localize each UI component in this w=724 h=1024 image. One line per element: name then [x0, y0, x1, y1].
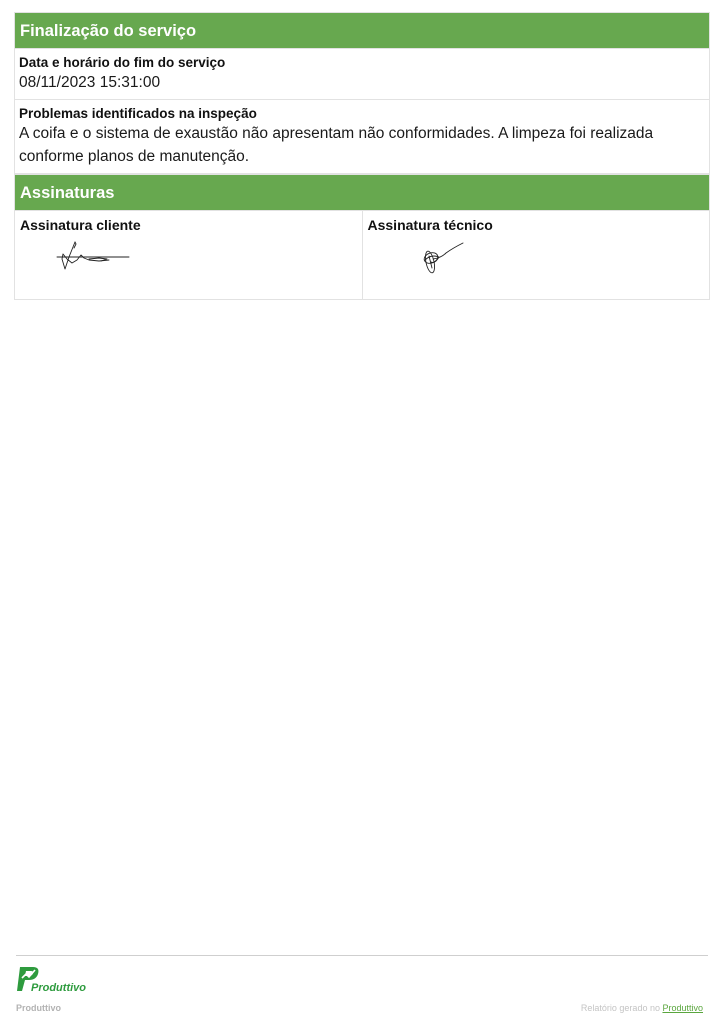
field-label: Problemas identificados na inspeção — [19, 105, 705, 122]
field-end-datetime: Data e horário do fim do serviço 08/11/2… — [14, 49, 710, 100]
footer-brand-name: Produttivo — [16, 1003, 61, 1013]
signatures-row: Assinatura cliente Assinatura técnico — [14, 211, 710, 300]
footer-generated-prefix: Relatório gerado no — [581, 1003, 663, 1013]
signature-technician-cell: Assinatura técnico — [362, 211, 710, 299]
field-value: A coifa e o sistema de exaustão não apre… — [19, 122, 705, 168]
svg-text:Produttivo: Produttivo — [31, 982, 86, 994]
field-value: 08/11/2023 15:31:00 — [19, 71, 705, 94]
field-label: Data e horário do fim do serviço — [19, 54, 705, 71]
report-page: Finalização do serviço Data e horário do… — [0, 0, 724, 1024]
client-signature-icon — [55, 239, 135, 273]
signature-client-cell: Assinatura cliente — [15, 211, 362, 299]
footer-generated-note: Relatório gerado no Produttivo — [581, 1003, 703, 1013]
signature-technician-label: Assinatura técnico — [368, 217, 705, 234]
section-header-signatures: Assinaturas — [14, 174, 710, 211]
footer-produttivo-link[interactable]: Produttivo — [662, 1003, 703, 1013]
footer-divider — [16, 955, 708, 956]
report-body: Finalização do serviço Data e horário do… — [14, 12, 710, 300]
technician-signature-icon — [419, 242, 469, 282]
field-problems-identified: Problemas identificados na inspeção A co… — [14, 100, 710, 174]
section-header-finalization: Finalização do serviço — [14, 12, 710, 49]
produttivo-logo-icon: Produttivo — [16, 965, 90, 995]
signature-client-label: Assinatura cliente — [20, 217, 357, 234]
